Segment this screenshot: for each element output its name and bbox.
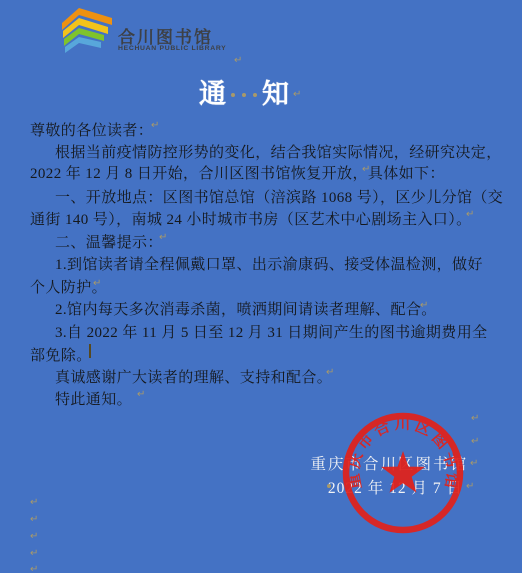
page: 合川图书馆 HECHUAN PUBLIC LIBRARY 通 知 尊敬的各位读者…: [0, 0, 522, 573]
space-mark-icon: [231, 93, 235, 97]
text-cursor[interactable]: [89, 344, 91, 358]
paragraph-mark-icon: ↵: [30, 498, 38, 508]
paragraph-mark-icon: ↵: [471, 414, 479, 424]
body-line: 1.到馆读者请全程佩戴口罩、出示渝康码、接受体温检测，做好: [55, 253, 483, 274]
paragraph-mark-icon: ↵: [137, 390, 145, 400]
space-mark-icon: [253, 93, 257, 97]
paragraph-mark-icon: ↵: [30, 549, 38, 559]
space-mark-icon: [327, 484, 331, 488]
body-line: 二、温馨提示：: [55, 231, 163, 252]
body-line: 2.馆内每天多次消毒杀菌，喷洒期间请读者理解、配合。: [55, 298, 437, 319]
body-line: 2022 年 12 月 8 日开始，合川区图书馆恢复开放，具体如下：: [30, 162, 445, 183]
paragraph-mark-icon: ↵: [30, 515, 38, 525]
notice-title-char-1: 通: [199, 72, 226, 111]
paragraph-mark-icon: ↵: [471, 437, 479, 447]
paragraph-mark-icon: ↵: [159, 233, 167, 243]
body-line: 真诚感谢广大读者的理解、支持和配合。: [55, 366, 332, 387]
logo-books-icon: [62, 7, 114, 57]
paragraph-mark-icon: ↵: [93, 279, 101, 289]
body-line: 尊敬的各位读者：: [30, 119, 153, 140]
body-line: 3.自 2022 年 11 月 5 日至 12 月 31 日期间产生的图书逾期费…: [55, 321, 488, 342]
library-name-english: HECHUAN PUBLIC LIBRARY: [118, 45, 226, 52]
paragraph-mark-icon: ↵: [466, 482, 474, 492]
paragraph-mark-icon: ↵: [234, 56, 242, 66]
paragraph-mark-icon: ↵: [470, 459, 478, 469]
body-line: 一、开放地点：区图书馆总馆（涪滨路 1068 号），区少儿分馆（交: [55, 186, 503, 207]
body-line: 部免除。: [30, 344, 92, 365]
official-seal-icon: 重庆市合川区图书馆: [340, 410, 466, 536]
body-line: 根据当前疫情防控形势的变化，结合我馆实际情况，经研究决定，: [55, 141, 502, 162]
paragraph-mark-icon: ↵: [30, 532, 38, 542]
paragraph-mark-icon: ↵: [420, 301, 428, 311]
paragraph-mark-icon: ↵: [30, 565, 38, 573]
paragraph-mark-icon: ↵: [293, 90, 301, 100]
paragraph-mark-icon: ↵: [466, 210, 474, 220]
body-line: 特此通知。: [55, 388, 132, 409]
paragraph-mark-icon: ↵: [151, 121, 159, 131]
paragraph-mark-icon: ↵: [362, 165, 370, 175]
library-logo: 合川图书馆 HECHUAN PUBLIC LIBRARY: [60, 6, 300, 58]
notice-title-char-2: 知: [262, 72, 289, 111]
space-mark-icon: [242, 93, 246, 97]
paragraph-mark-icon: ↵: [326, 368, 334, 378]
body-line: 通街 140 号），南城 24 小时城市书房（区艺术中心剧场主入口）。: [30, 208, 472, 229]
